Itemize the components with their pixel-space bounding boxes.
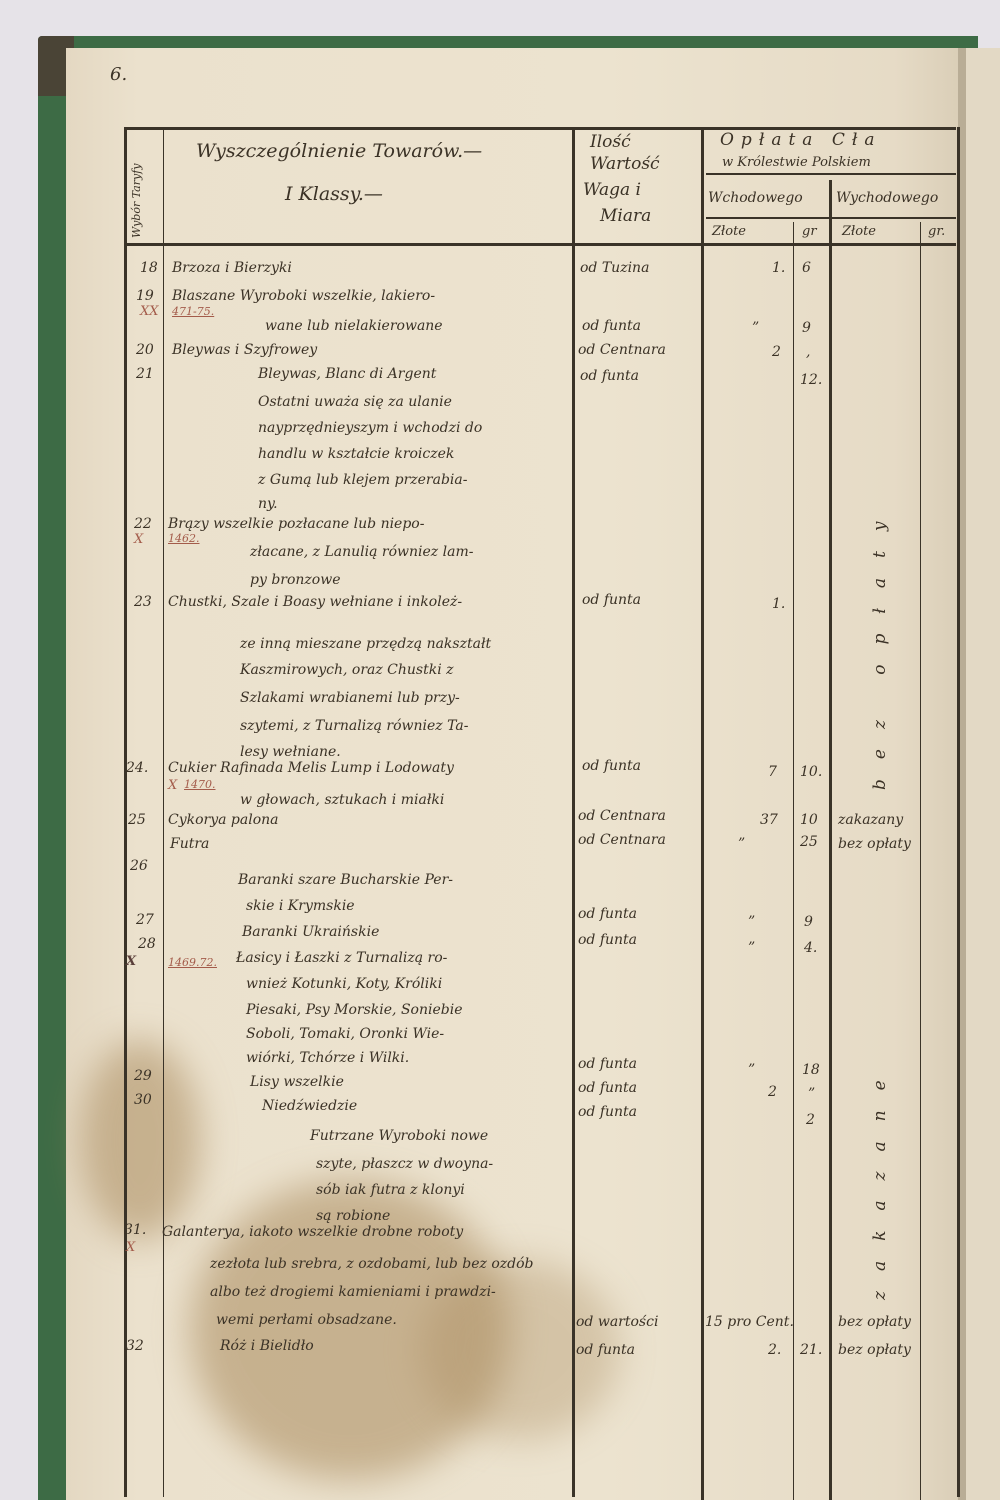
item-name-cont: złacane, z Lanulią równiez lam- [250, 544, 473, 560]
row-number: 25 [128, 812, 146, 828]
import-zloty: ” [748, 914, 755, 930]
export-note: bez opłaty [838, 1314, 911, 1330]
item-name: Brązy wszelkie pozłacane lub niepo- [168, 516, 424, 532]
item-unit: od funta [582, 758, 641, 774]
export-note: zakazany [838, 812, 903, 828]
item-name-cont: z Gumą lub klejem przerabia- [258, 472, 467, 488]
item-name: Galanterya, iakoto wszelkie drobne robot… [162, 1224, 463, 1240]
row-number: 24. [126, 760, 148, 776]
import-gr: 21. [800, 1342, 822, 1358]
import-gr: 18 [802, 1062, 820, 1078]
item-unit: od funta [582, 318, 641, 334]
import-gr: ” [808, 1086, 815, 1102]
item-name-cont: ze inną mieszane przędzą nakształt [240, 636, 491, 652]
item-name-cont: skie i Krymskie [246, 898, 355, 914]
import-gr: 2 [806, 1112, 815, 1128]
import-gr: 6 [802, 260, 811, 276]
item-name-cont: ny. [258, 496, 278, 512]
item-unit: od funta [578, 906, 637, 922]
export-note: bez opłaty [838, 1342, 911, 1358]
col-divider-import-export [829, 180, 832, 1500]
table-border-right [957, 127, 960, 1497]
item-name: Łasicy i Łaszki z Turnalizą ro- [236, 950, 447, 966]
col-divider-quantity [701, 130, 704, 1500]
export-vertical-note-lower: zakazane [870, 1060, 890, 1300]
import-gr: 10 [800, 812, 818, 828]
item-name: Baranki Ukraińskie [242, 924, 379, 940]
item-unit: od Tuzina [580, 260, 649, 276]
item-unit: od funta [578, 1056, 637, 1072]
item-unit: od Centnara [578, 342, 666, 358]
item-name-cont: handlu w kształcie kroiczek [258, 446, 454, 462]
item-unit: od funta [580, 368, 639, 384]
row-number: 27 [136, 912, 154, 928]
fee-title-rule [706, 173, 956, 175]
import-zloty: 2 [768, 1084, 777, 1100]
row-number: 28 [138, 936, 156, 952]
header-export-gr: gr. [928, 224, 945, 239]
annotation-ref: 1462. [168, 532, 200, 545]
annotation-ref: 1469.72. [168, 956, 217, 969]
header-quantity-3: Waga i [583, 180, 641, 200]
header-tariff-number: Wybór Taryfy [130, 164, 143, 239]
item-name: Cukier Rafinada Melis Lump i Lodowaty [168, 760, 454, 776]
import-gr: 4. [804, 940, 817, 956]
header-quantity-1: Ilość [590, 132, 631, 152]
row-number: 18 [140, 260, 158, 276]
item-name: Cykorya palona [168, 812, 279, 828]
import-zloty: 2. [768, 1342, 781, 1358]
item-name: Blaszane Wyroboki wszelkie, lakiero- [172, 288, 435, 304]
col-divider-export-gr [920, 222, 921, 1500]
col-divider-number [163, 127, 164, 1497]
import-gr: 25 [800, 834, 818, 850]
row-number: 20 [136, 342, 154, 358]
fee-subheader-rule [706, 217, 956, 219]
item-name-cont: wnież Kotunki, Koty, Króliki [246, 976, 442, 992]
header-description-title: Wyszczególnienie Towarów.— [196, 140, 482, 162]
item-name: Futrzane Wyroboki nowe [310, 1128, 488, 1144]
item-name-cont: wane lub nielakierowane [265, 318, 443, 334]
facing-page-edge [966, 48, 1000, 1500]
import-zloty: ” [752, 320, 759, 336]
item-unit: od funta [578, 932, 637, 948]
item-name: Bleywas, Blanc di Argent [258, 366, 436, 382]
export-note: bez opłaty [838, 836, 911, 852]
page-number: 6. [110, 64, 127, 85]
annotation-mark: X [126, 1240, 135, 1255]
item-name-cont: Piesaki, Psy Morskie, Soniebie [246, 1002, 462, 1018]
annotation-mark: X [168, 778, 177, 793]
item-name: Baranki szare Bucharskie Per- [238, 872, 453, 888]
item-name-cont: sób iak futra z klonyi [316, 1182, 465, 1198]
import-zloty: 1. [772, 596, 785, 612]
row-number: 32 [126, 1338, 144, 1354]
item-unit: od funta [578, 1080, 637, 1096]
item-unit: od wartości [576, 1314, 658, 1330]
item-name-cont: lesy wełniane. [240, 744, 341, 760]
annotation-ref: 471-75. [172, 305, 214, 318]
item-name: Niedźwiedzie [262, 1098, 357, 1114]
import-zloty: 2 [772, 344, 781, 360]
header-import: Wchodowego [708, 190, 803, 206]
item-name-cont: wiórki, Tchórze i Wilki. [246, 1050, 409, 1066]
row-number: 26 [130, 858, 148, 874]
item-name-cont: albo też drogiemi kamieniami i prawdzi- [210, 1284, 496, 1300]
export-vertical-note-upper: bez opłaty [870, 501, 890, 790]
row-number: 23 [134, 594, 152, 610]
item-unit: od funta [582, 592, 641, 608]
table-border-left [124, 127, 127, 1497]
col-divider-description [572, 127, 575, 1497]
item-unit: od Centnara [578, 832, 666, 848]
annotation-mark: XX [140, 304, 159, 319]
header-import-gr: gr [802, 224, 817, 239]
import-zloty: 37 [760, 812, 778, 828]
item-name-cont: wemi perłami obsadzane. [216, 1312, 397, 1328]
header-export: Wychodowego [836, 190, 938, 206]
item-name-cont: nayprzędnieyszym i wchodzi do [258, 420, 482, 436]
item-name-cont: py bronzowe [250, 572, 341, 588]
header-import-zloty: Złote [712, 224, 746, 239]
import-zloty: 1. [772, 260, 785, 276]
row-number: 21 [136, 366, 154, 382]
annotation-mark: X [134, 532, 143, 547]
import-zloty: 7 [768, 764, 777, 780]
item-unit: od funta [578, 1104, 637, 1120]
import-gr: 9 [802, 320, 811, 336]
item-name-cont: Soboli, Tomaki, Oronki Wie- [246, 1026, 444, 1042]
import-gr: 12. [800, 372, 822, 388]
item-name: Róż i Bielidło [220, 1338, 314, 1354]
item-unit: od Centnara [578, 808, 666, 824]
item-name: Bleywas i Szyfrowey [172, 342, 317, 358]
header-description-class: I Klassy.— [285, 183, 383, 205]
col-divider-import-gr [793, 222, 794, 1500]
item-name-cont: w głowach, sztukach i miałki [240, 792, 444, 808]
row-number: 19 [136, 288, 154, 304]
header-quantity-2: Wartość [590, 154, 660, 174]
import-zloty: ” [748, 940, 755, 956]
row-number: 30 [134, 1092, 152, 1108]
annotation-mark: X [126, 954, 136, 969]
row-number: 22 [134, 516, 152, 532]
import-gr: 9 [804, 914, 813, 930]
item-name-cont: Szlakami wrabianemi lub przy- [240, 690, 460, 706]
item-unit: od funta [576, 1342, 635, 1358]
item-name: Futra [170, 836, 209, 852]
item-name-cont: szytemi, z Turnalizą równiez Ta- [240, 718, 468, 734]
item-name-cont: Ostatni uważa się za ulanie [258, 394, 452, 410]
import-zloty: ” [748, 1062, 755, 1078]
item-name: Brzoza i Bierzyki [172, 260, 292, 276]
item-name-cont: szyte, płaszcz w dwoyna- [316, 1156, 493, 1172]
header-fee-subtitle: w Królestwie Polskiem [722, 155, 871, 170]
row-number: 29 [134, 1068, 152, 1084]
item-name: Lisy wszelkie [250, 1074, 344, 1090]
item-name-cont: Kaszmirowych, oraz Chustki z [240, 662, 454, 678]
row-number: 31. [124, 1222, 146, 1238]
import-gr: , [806, 344, 810, 360]
annotation-ref: 1470. [184, 778, 216, 791]
import-zloty: ” [738, 836, 745, 852]
header-fee-title: Opłata Cła [720, 130, 882, 150]
import-zloty: 15 pro Cent. [705, 1314, 794, 1330]
import-gr: 10. [800, 764, 822, 780]
header-export-zloty: Złote [842, 224, 876, 239]
item-name-cont: są robione [316, 1208, 390, 1224]
item-name: Chustki, Szale i Boasy wełniane i inkole… [168, 594, 462, 610]
header-quantity-4: Miara [600, 206, 651, 226]
item-name-cont: zezłota lub srebra, z ozdobami, lub bez … [210, 1256, 534, 1272]
